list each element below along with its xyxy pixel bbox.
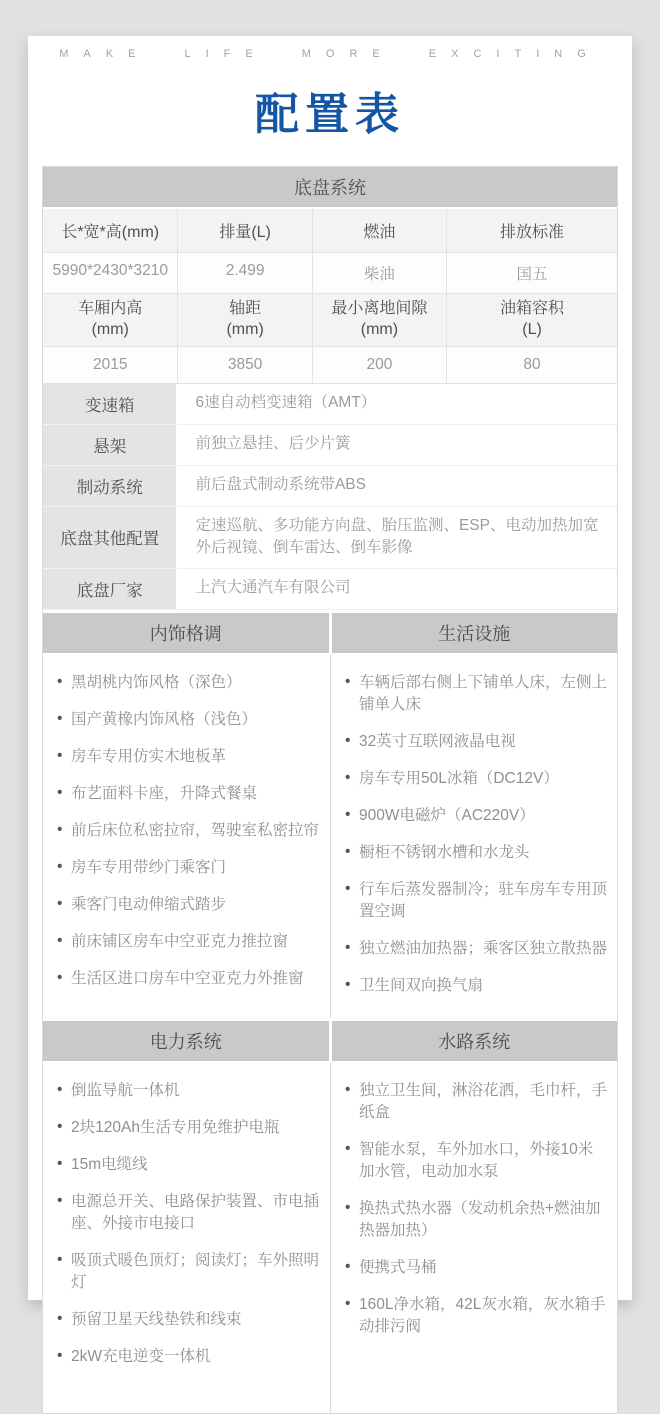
feature-item-text: 生活区进口房车中空亚克力外推窗 xyxy=(71,970,304,987)
spec-value-cell: 5990*2430*3210 xyxy=(43,253,178,294)
feature-item-text: 橱柜不锈钢水槽和水龙头 xyxy=(359,844,530,861)
bullet-icon: • xyxy=(57,1190,62,1212)
feature-item-text: 160L净水箱，42L灰水箱，灰水箱手动排污阀 xyxy=(359,1296,605,1335)
spec-value-cell: 3850 xyxy=(178,347,312,384)
feature-item: •车辆后部右侧上下铺单人床，左侧上铺单人床 xyxy=(345,672,607,716)
spec-detail-row-brakes: 制动系统 前后盘式制动系统带ABS xyxy=(43,466,617,507)
spec-value-row-2: 2015 3850 200 80 xyxy=(43,347,617,384)
bullet-icon: • xyxy=(345,974,350,996)
feature-item-text: 国产黄橡内饰风格（浅色） xyxy=(71,711,257,728)
spec-value-cell: 国五 xyxy=(447,253,617,294)
bullet-icon: • xyxy=(345,730,350,752)
spec-value-cell: 柴油 xyxy=(313,253,447,294)
bullet-icon: • xyxy=(345,804,350,826)
bullet-icon: • xyxy=(57,708,62,730)
spec-header-cell: 排量(L) xyxy=(178,209,312,253)
feature-item-text: 吸顶式暖色顶灯；阅读灯；车外照明灯 xyxy=(71,1252,319,1291)
feature-item-text: 房车专用带纱门乘客门 xyxy=(71,859,226,876)
spec-header-cell: 最小离地间隙 (mm) xyxy=(313,294,447,347)
spec-header-cell: 油箱容积 (L) xyxy=(447,294,617,347)
spec-row-value: 上汽大通汽车有限公司 xyxy=(178,569,617,609)
spec-row-label: 悬架 xyxy=(43,425,178,466)
spec-row-value: 6速自动档变速箱（AMT） xyxy=(178,384,617,424)
feature-item: •生活区进口房车中空亚克力外推窗 xyxy=(57,968,320,990)
bullet-icon: • xyxy=(345,937,350,959)
feature-item: •2kW充电逆变一体机 xyxy=(57,1346,320,1368)
tagline: MAKE LIFE MORE EXCITING xyxy=(42,36,618,60)
feature-item: •15m电缆线 xyxy=(57,1154,320,1176)
spec-header-name: 最小离地间隙 xyxy=(315,299,444,320)
spec-detail-row-transmission: 变速箱 6速自动档变速箱（AMT） xyxy=(43,384,617,425)
feature-item: •智能水泵，车外加水口，外接10米加水管，电动加水泵 xyxy=(345,1139,607,1183)
bullet-icon: • xyxy=(57,1116,62,1138)
spec-sheet-card: MAKE LIFE MORE EXCITING 配置表 底盘系统 长*宽*高(m… xyxy=(28,36,632,1300)
bullet-icon: • xyxy=(345,841,350,863)
feature-item-text: 电源总开关、电路保护装置、市电插座、外接市电接口 xyxy=(71,1193,319,1232)
spec-row-value: 前独立悬挂、后少片簧 xyxy=(178,425,617,465)
feature-item-text: 布艺面料卡座，升降式餐桌 xyxy=(71,785,257,802)
bullet-icon: • xyxy=(345,1197,350,1219)
feature-item: •房车专用仿实木地板革 xyxy=(57,746,320,768)
spec-header-unit: (mm) xyxy=(315,320,444,341)
spec-value-cell: 2015 xyxy=(43,347,178,384)
feature-item: •倒监导航一体机 xyxy=(57,1080,320,1102)
feature-item: •国产黄橡内饰风格（浅色） xyxy=(57,709,320,731)
feature-item-text: 2kW充电逆变一体机 xyxy=(71,1348,211,1365)
bullet-icon: • xyxy=(57,1308,62,1330)
feature-item-text: 预留卫星天线垫铁和线束 xyxy=(71,1311,242,1328)
feature-item-text: 独立燃油加热器；乘客区独立散热器 xyxy=(359,940,607,957)
feature-item: •吸顶式暖色顶灯；阅读灯；车外照明灯 xyxy=(57,1250,320,1294)
feature-item: •房车专用带纱门乘客门 xyxy=(57,857,320,879)
feature-item-text: 行车后蒸发器制冷；驻车房车专用顶置空调 xyxy=(359,881,607,920)
feature-item: •2块120Ah生活专用免维护电瓶 xyxy=(57,1117,320,1139)
feature-item-text: 独立卫生间，淋浴花洒，毛巾杆，手纸盒 xyxy=(359,1082,607,1121)
bullet-icon: • xyxy=(345,1256,350,1278)
spec-row-value: 前后盘式制动系统带ABS xyxy=(178,466,617,506)
spec-detail-row-other-config: 底盘其他配置 定速巡航、多功能方向盘、胎压监测、ESP、电动加热加宽外后视镜、倒… xyxy=(43,507,617,569)
feature-item: •乘客门电动伸缩式踏步 xyxy=(57,894,320,916)
spec-header-row-2: 车厢内高 (mm) 轴距 (mm) 最小离地间隙 (mm) 油箱容积 (L) xyxy=(43,294,617,347)
spec-value-cell: 2.499 xyxy=(178,253,312,294)
feature-item-text: 黑胡桃内饰风格（深色） xyxy=(71,674,242,691)
feature-item-text: 15m电缆线 xyxy=(71,1156,148,1173)
feature-section-headers-top: 内饰格调 生活设施 xyxy=(43,613,617,653)
feature-item: •32英寸互联网液晶电视 xyxy=(345,731,607,753)
bullet-icon: • xyxy=(345,671,350,693)
spec-header-row-1: 长*宽*高(mm) 排量(L) 燃油 排放标准 xyxy=(43,209,617,253)
feature-item: •行车后蒸发器制冷；驻车房车专用顶置空调 xyxy=(345,879,607,923)
bullet-icon: • xyxy=(57,893,62,915)
bullet-icon: • xyxy=(57,1079,62,1101)
feature-item-text: 智能水泵，车外加水口，外接10米加水管，电动加水泵 xyxy=(359,1141,593,1180)
living-feature-list: •车辆后部右侧上下铺单人床，左侧上铺单人床 •32英寸互联网液晶电视 •房车专用… xyxy=(330,655,617,1018)
feature-item-text: 换热式热水器（发动机余热+燃油加热器加热） xyxy=(359,1200,601,1239)
spec-row-label: 变速箱 xyxy=(43,384,178,425)
feature-item: •房车专用50L冰箱（DC12V） xyxy=(345,768,607,790)
feature-item-text: 前后床位私密拉帘，驾驶室私密拉帘 xyxy=(71,822,319,839)
feature-item: •前床铺区房车中空亚克力推拉窗 xyxy=(57,931,320,953)
feature-item: •黑胡桃内饰风格（深色） xyxy=(57,672,320,694)
spec-value-cell: 80 xyxy=(447,347,617,384)
feature-item-text: 32英寸互联网液晶电视 xyxy=(359,733,516,750)
bullet-icon: • xyxy=(345,878,350,900)
feature-item: •电源总开关、电路保护装置、市电插座、外接市电接口 xyxy=(57,1191,320,1235)
spec-header-unit: (mm) xyxy=(45,320,175,341)
bullet-icon: • xyxy=(57,782,62,804)
section-header-interior: 内饰格调 xyxy=(43,613,329,653)
feature-item: •160L净水箱，42L灰水箱，灰水箱手动排污阀 xyxy=(345,1294,607,1338)
feature-item: •前后床位私密拉帘，驾驶室私密拉帘 xyxy=(57,820,320,842)
feature-item-text: 房车专用仿实木地板革 xyxy=(71,748,226,765)
spec-header-cell: 轴距 (mm) xyxy=(178,294,312,347)
bullet-icon: • xyxy=(57,967,62,989)
bullet-icon: • xyxy=(345,1079,350,1101)
feature-item-text: 前床铺区房车中空亚克力推拉窗 xyxy=(71,933,288,950)
bullet-icon: • xyxy=(345,1293,350,1315)
feature-item-text: 2块120Ah生活专用免维护电瓶 xyxy=(71,1119,279,1136)
spec-header-cell: 长*宽*高(mm) xyxy=(43,209,178,253)
bullet-icon: • xyxy=(57,671,62,693)
spec-header-name: 车厢内高 xyxy=(45,299,175,320)
feature-columns-top: •黑胡桃内饰风格（深色） •国产黄橡内饰风格（浅色） •房车专用仿实木地板革 •… xyxy=(43,655,617,1018)
section-header-chassis: 底盘系统 xyxy=(43,167,617,207)
feature-item: •预留卫星天线垫铁和线束 xyxy=(57,1309,320,1331)
bullet-icon: • xyxy=(57,819,62,841)
feature-columns-bottom: •倒监导航一体机 •2块120Ah生活专用免维护电瓶 •15m电缆线 •电源总开… xyxy=(43,1063,617,1413)
bullet-icon: • xyxy=(57,1345,62,1367)
feature-item: •橱柜不锈钢水槽和水龙头 xyxy=(345,842,607,864)
feature-item-text: 卫生间双向换气扇 xyxy=(359,977,483,994)
bullet-icon: • xyxy=(57,745,62,767)
spec-header-unit: (L) xyxy=(449,320,615,341)
spec-header-unit: (mm) xyxy=(180,320,309,341)
feature-item-text: 房车专用50L冰箱（DC12V） xyxy=(359,770,559,787)
spec-row-label: 底盘厂家 xyxy=(43,569,178,610)
feature-item: •独立卫生间，淋浴花洒，毛巾杆，手纸盒 xyxy=(345,1080,607,1124)
feature-item: •换热式热水器（发动机余热+燃油加热器加热） xyxy=(345,1198,607,1242)
section-header-living: 生活设施 xyxy=(332,613,618,653)
feature-item: •900W电磁炉（AC220V） xyxy=(345,805,607,827)
spec-table: 底盘系统 长*宽*高(mm) 排量(L) 燃油 排放标准 5990*2430*3… xyxy=(42,166,618,1414)
spec-header-name: 轴距 xyxy=(180,299,309,320)
spec-header-name: 油箱容积 xyxy=(449,299,615,320)
feature-item-text: 乘客门电动伸缩式踏步 xyxy=(71,896,226,913)
feature-item-text: 900W电磁炉（AC220V） xyxy=(359,807,535,824)
spec-value-cell: 200 xyxy=(313,347,447,384)
feature-item-text: 倒监导航一体机 xyxy=(71,1082,180,1099)
feature-item: •便携式马桶 xyxy=(345,1257,607,1279)
bullet-icon: • xyxy=(57,1249,62,1271)
feature-item: •独立燃油加热器；乘客区独立散热器 xyxy=(345,938,607,960)
spec-detail-row-suspension: 悬架 前独立悬挂、后少片簧 xyxy=(43,425,617,466)
water-feature-list: •独立卫生间，淋浴花洒，毛巾杆，手纸盒 •智能水泵，车外加水口，外接10米加水管… xyxy=(330,1063,617,1413)
interior-feature-list: •黑胡桃内饰风格（深色） •国产黄橡内饰风格（浅色） •房车专用仿实木地板革 •… xyxy=(43,655,330,1018)
bullet-icon: • xyxy=(57,1153,62,1175)
spec-detail-row-manufacturer: 底盘厂家 上汽大通汽车有限公司 xyxy=(43,569,617,610)
bullet-icon: • xyxy=(345,767,350,789)
bullet-icon: • xyxy=(57,856,62,878)
electric-feature-list: •倒监导航一体机 •2块120Ah生活专用免维护电瓶 •15m电缆线 •电源总开… xyxy=(43,1063,330,1413)
bullet-icon: • xyxy=(57,930,62,952)
spec-row-value: 定速巡航、多功能方向盘、胎压监测、ESP、电动加热加宽外后视镜、倒车雷达、倒车影… xyxy=(178,507,617,568)
spec-header-cell: 车厢内高 (mm) xyxy=(43,294,178,347)
spec-value-row-1: 5990*2430*3210 2.499 柴油 国五 xyxy=(43,253,617,294)
section-header-water: 水路系统 xyxy=(332,1021,618,1061)
section-header-electric: 电力系统 xyxy=(43,1021,329,1061)
spec-row-label: 底盘其他配置 xyxy=(43,507,178,569)
spec-header-cell: 排放标准 xyxy=(447,209,617,253)
bullet-icon: • xyxy=(345,1138,350,1160)
feature-item: •布艺面料卡座，升降式餐桌 xyxy=(57,783,320,805)
feature-item: •卫生间双向换气扇 xyxy=(345,975,607,997)
spec-row-label: 制动系统 xyxy=(43,466,178,507)
feature-item-text: 便携式马桶 xyxy=(359,1259,437,1276)
feature-section-headers-bottom: 电力系统 水路系统 xyxy=(43,1021,617,1061)
feature-item-text: 车辆后部右侧上下铺单人床，左侧上铺单人床 xyxy=(359,674,607,713)
spec-header-cell: 燃油 xyxy=(313,209,447,253)
page-title: 配置表 xyxy=(42,78,618,142)
